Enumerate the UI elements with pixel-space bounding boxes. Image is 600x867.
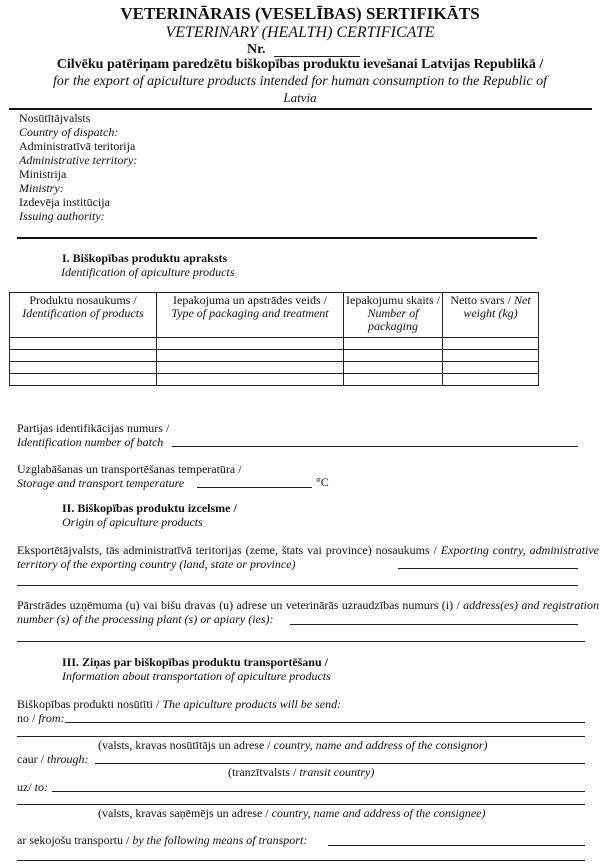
table-cell[interactable] [344,338,443,350]
from-label: no / from: [17,711,65,726]
table-row [10,374,539,386]
processing-plant-field-2[interactable] [17,641,585,642]
table-cell[interactable] [157,338,344,350]
table-cell[interactable] [344,350,443,362]
title-english: VETERINARY (HEALTH) CERTIFICATE [0,24,600,42]
table-cell[interactable] [157,362,344,374]
certificate-number-label: Nr. [247,42,266,58]
table-cell[interactable] [10,362,157,374]
transport-field[interactable] [328,845,585,846]
column-header-net-weight: Netto svars / Net weight (kg) [443,293,539,338]
table-row [10,362,539,374]
products-table: Produktu nosaukums /Identification of pr… [9,292,539,386]
section1-heading-en: Identification of apiculture products [61,265,234,280]
column-header-package-count: Iepakojumu skaits / Number of packaging [344,293,443,338]
to-field[interactable] [52,791,585,792]
to-field-2[interactable] [17,804,585,805]
transport-label: ar sekojošu transportu / by the followin… [17,833,307,848]
transport-field-2[interactable] [17,860,585,861]
temperature-label-lv: Uzglabāšanas un transportēšanas temperat… [17,462,242,477]
batch-label-lv: Partijas identifikācijas numurs / [17,421,169,436]
column-header-product: Produktu nosaukums /Identification of pr… [10,293,157,338]
from-field-2[interactable] [17,736,585,737]
table-cell[interactable] [443,350,539,362]
table-cell[interactable] [10,350,157,362]
column-header-packaging-type: Iepakojuma un apstrādes veids /Type of p… [157,293,344,338]
table-cell[interactable] [443,362,539,374]
ministry-label-en: Ministry: [19,181,64,196]
table-cell[interactable] [443,338,539,350]
to-label: uz/ to: [17,780,48,795]
transit-caption: (tranzītvalsts / transit country) [228,765,374,780]
processing-plant-field[interactable] [290,624,578,625]
exporting-country-field-2[interactable] [17,585,578,586]
table-header-row: Produktu nosaukums /Identification of pr… [10,293,539,338]
table-row [10,350,539,362]
country-dispatch-label-lv: Nosūtītājvalsts [19,111,90,126]
section2-heading-lv: II. Biškopības produktu izcelsme / [62,501,237,516]
batch-label-en: Identification number of batch [17,435,163,450]
subtitle-english-1: for the export of apiculture products in… [0,74,600,90]
table-cell[interactable] [10,338,157,350]
exporting-country-text: Eksportētājvalsts, tās administratīvā te… [17,543,599,571]
dispatch-divider [17,237,537,239]
table-cell[interactable] [344,374,443,386]
subtitle-english-2: Latvia [0,90,600,106]
header-divider [9,108,592,110]
exporting-country-field[interactable] [398,568,578,569]
territory-label-en: Administrative territory: [19,153,137,168]
table-cell[interactable] [443,374,539,386]
temperature-field[interactable] [197,487,312,488]
subtitle-latvian: Cilvēku patēriņam paredzētu biškopības p… [0,57,600,73]
through-label: caur / through: [17,752,89,767]
through-field[interactable] [95,763,585,764]
consignor-caption: (valsts, kravas nosūtītājs un adrese / c… [98,738,488,753]
temperature-label-en: Storage and transport temperature [17,476,184,491]
consignee-caption: (valsts, kravas saņēmējs un adrese / cou… [98,806,485,821]
table-cell[interactable] [344,362,443,374]
table-cell[interactable] [157,350,344,362]
section1-heading-lv: I. Biškopības produktu apraksts [62,251,227,266]
from-field[interactable] [65,722,585,723]
table-cell[interactable] [157,374,344,386]
temperature-unit: °C [316,475,329,490]
batch-number-field[interactable] [172,446,578,447]
section3-heading-lv: III. Ziņas par biškopības produktu trans… [62,655,328,670]
territory-label-lv: Administratīvā teritorija [19,139,135,154]
products-sent-label: Biškopības produkti nosūtīti / The apicu… [17,697,341,712]
ministry-label-lv: Ministrija [19,167,66,182]
section2-heading-en: Origin of apiculture products [62,515,203,530]
table-cell[interactable] [10,374,157,386]
country-dispatch-label-en: Country of dispatch: [19,125,118,140]
authority-label-en: Issuing authority: [19,209,105,224]
authority-label-lv: Izdevēja institūcija [19,195,110,210]
section3-heading-en: Information about transportation of apic… [62,669,331,684]
title-latvian: VETERINĀRAIS (VESELĪBAS) SERTIFIKĀTS [0,4,600,24]
processing-plant-text: Pārstrādes uzņēmuma (u) vai bišu dravas … [17,598,599,626]
table-row [10,338,539,350]
